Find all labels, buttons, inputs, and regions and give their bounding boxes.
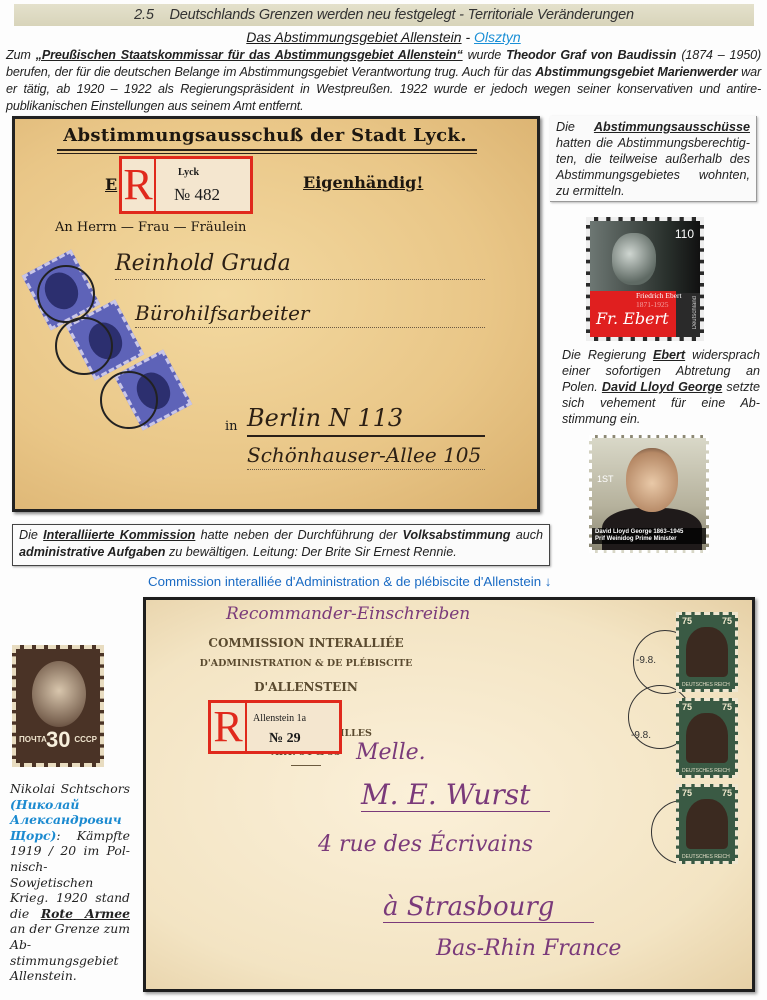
page-subtitle: Das Abstimmungsgebiet Allenstein - Olszt… bbox=[0, 28, 767, 46]
note-keyword: Abstimmungsausschüsse bbox=[594, 120, 750, 134]
divider bbox=[291, 765, 321, 766]
note-text: an der Grenze zum Ab-stimmungsgebiet All… bbox=[10, 921, 130, 983]
recipient-city: Berlin N 113 bbox=[247, 401, 485, 437]
note-interalliierte-kommission: Die Interalliierte Kommission hatte nebe… bbox=[12, 524, 550, 566]
letterhead-line1: COMMISSION INTERALLIÉE bbox=[186, 636, 426, 650]
addressee-street: 4 rue des Écrivains bbox=[318, 832, 533, 857]
salutation-line: An Herrn — Frau — Fräulein bbox=[55, 220, 246, 235]
stamp-germania-75: 7575 DEUTSCHES REICH bbox=[676, 612, 738, 692]
postmark-date: -9.8. bbox=[636, 655, 656, 666]
intro-paragraph: Zum „Preußischen Staatskommissar für das… bbox=[6, 47, 761, 115]
postmark-icon bbox=[100, 371, 158, 429]
postmark-icon bbox=[37, 265, 95, 323]
note-text: hatten die Abstimmungsberechtig-ten, die… bbox=[556, 136, 750, 198]
olsztyn-link[interactable]: Olsztyn bbox=[474, 29, 521, 45]
registration-town: Allenstein 1a bbox=[253, 713, 306, 724]
registration-label: R Allenstein 1a № 29 bbox=[208, 700, 342, 754]
commission-caption-link[interactable]: Commission interalliée d'Administration … bbox=[148, 574, 551, 589]
note-keyword: Volksabstimmung bbox=[402, 528, 510, 542]
portrait-icon bbox=[626, 448, 678, 512]
registration-town: Lyck bbox=[178, 167, 199, 178]
person-name: Nikolai Schtschors bbox=[10, 781, 130, 796]
recipient-name: Reinhold Gruda bbox=[115, 249, 485, 280]
recipient-title: Bürohilfsarbeiter bbox=[135, 299, 485, 328]
postmark-icon bbox=[55, 317, 113, 375]
note-text: Die bbox=[556, 120, 594, 134]
registration-label: R Lyck № 482 bbox=[119, 156, 253, 214]
note-text: auch bbox=[510, 528, 543, 542]
addressee-name: M. E. Wurst bbox=[361, 778, 550, 812]
addressee-prefix: Melle. bbox=[356, 740, 426, 765]
note-keyword: administrative Aufgaben bbox=[19, 545, 166, 559]
handwritten-recommander: Recommander-Einschreiben bbox=[226, 604, 470, 624]
stamp-schtschors: ПОЧТА 30 СССР bbox=[12, 645, 104, 767]
stamp-value: 110 bbox=[675, 227, 694, 241]
stamp-lloyd-george: 1ST David Lloyd George 1863–1945Prif Wei… bbox=[589, 435, 709, 553]
section-title: Deutschlands Grenzen werden neu festgele… bbox=[170, 7, 634, 23]
stamp-name: Friedrich Ebert1871-1925 bbox=[636, 291, 682, 309]
intro-text: wurde bbox=[463, 48, 506, 62]
note-text: hatte neben der Durchführung der bbox=[195, 528, 402, 542]
envelope-lyck: Abstimmungsausschuß der Stadt Lyck. E R … bbox=[12, 116, 540, 512]
addressee-region: Bas-Rhin France bbox=[436, 936, 621, 961]
stamp-germania-75: 7575 DEUTSCHES REICH bbox=[676, 698, 738, 778]
registration-r: R bbox=[211, 703, 247, 751]
stamp-friedrich-ebert: 110 Friedrich Ebert1871-1925 Fr. Ebert D… bbox=[586, 217, 704, 341]
note-keyword: Ebert bbox=[653, 348, 685, 362]
note-keyword: Interalliierte Kommission bbox=[43, 528, 195, 542]
registration-r: R bbox=[122, 159, 156, 211]
double-rule bbox=[57, 149, 477, 154]
note-keyword: David Lloyd George bbox=[602, 380, 722, 394]
envelope-stub-text: E bbox=[105, 175, 117, 194]
postmark-date: -9.8. bbox=[631, 730, 651, 741]
stamp-text: СССР bbox=[74, 735, 97, 744]
letterhead-line2: D'ADMINISTRATION & DE PLÉBISCITE bbox=[166, 658, 446, 669]
intro-commissioner-title: „Preußischen Staatskommissar für das Abs… bbox=[36, 48, 463, 62]
intro-person-name: Theodor Graf von Baudissin bbox=[506, 48, 676, 62]
letterhead-line3: D'ALLENSTEIN bbox=[186, 680, 426, 694]
note-text: Die Regierung bbox=[562, 348, 653, 362]
note-ebert-lloyd-george: Die Regierung Ebert widersprach einer so… bbox=[562, 347, 760, 427]
stamp-caption: David Lloyd George 1863–1945Prif Weinido… bbox=[592, 528, 706, 544]
stamp-value: 1ST bbox=[597, 474, 614, 484]
note-keyword: Rote Armee bbox=[41, 906, 130, 921]
section-header: 2.5 Deutschlands Grenzen werden neu fest… bbox=[14, 4, 754, 26]
in-label: in bbox=[225, 419, 238, 434]
recipient-street: Schönhauser-Allee 105 bbox=[247, 441, 485, 470]
subtitle-main: Das Abstimmungsgebiet Allenstein bbox=[246, 29, 461, 45]
section-number: 2.5 bbox=[134, 7, 154, 23]
note-text: Die bbox=[19, 528, 43, 542]
note-text: zu bewältigen. Leitung: Der Brite Sir Er… bbox=[166, 545, 457, 559]
registration-number: № 29 bbox=[269, 731, 301, 747]
envelope-letterhead: Abstimmungsausschuß der Stadt Lyck. bbox=[15, 125, 515, 146]
subtitle-separator: - bbox=[462, 29, 474, 45]
stamp-value: 30 bbox=[46, 727, 70, 753]
note-abstimmungsausschuesse: Die Abstimmungsausschüsse hatten die Abs… bbox=[550, 116, 757, 202]
portrait-icon bbox=[612, 233, 656, 285]
stamp-germania-75: 7575 DEUTSCHES REICH bbox=[676, 784, 738, 864]
intro-text: Zum bbox=[6, 48, 36, 62]
note-schtschors: Nikolai Schtschors (Николай Александрови… bbox=[10, 781, 130, 984]
stamp-country: Deutschland bbox=[692, 296, 698, 329]
eigenhaendig-label: Eigenhändig! bbox=[303, 173, 423, 192]
stamp-text: ПОЧТА bbox=[19, 735, 47, 744]
registration-number: № 482 bbox=[174, 185, 220, 205]
signature: Fr. Ebert bbox=[596, 309, 669, 328]
portrait-icon bbox=[32, 661, 86, 727]
intro-region-name: Abstimmungsgebiet Marienwerder bbox=[535, 65, 737, 79]
envelope-allenstein: Recommander-Einschreiben COMMISSION INTE… bbox=[143, 597, 755, 992]
addressee-city: à Strasbourg bbox=[383, 892, 594, 923]
